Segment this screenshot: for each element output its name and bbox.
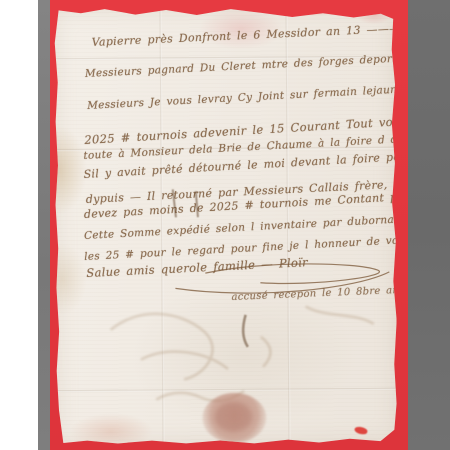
fold-crease-horizontal [56,388,397,392]
backdrop-gray-strip-right [408,0,450,450]
handwriting-line: Messieurs Je vous levray Cy Joint sur fe… [87,83,421,112]
handwriting-line: accusé recepon le 10 8bre an 13. [231,284,421,303]
red-wax-drip [354,425,369,436]
backdrop-gray-strip-left [38,0,50,450]
handwriting-line: Vapierre près Donfront le 6 Messidor an … [91,21,412,49]
backdrop-white-edge [0,0,38,450]
wax-seal [202,393,266,443]
antique-letter: Vapierre près Donfront le 6 Messidor an … [53,6,397,445]
letter-photo-screenshot: Vapierre près Donfront le 6 Messidor an … [0,0,450,450]
